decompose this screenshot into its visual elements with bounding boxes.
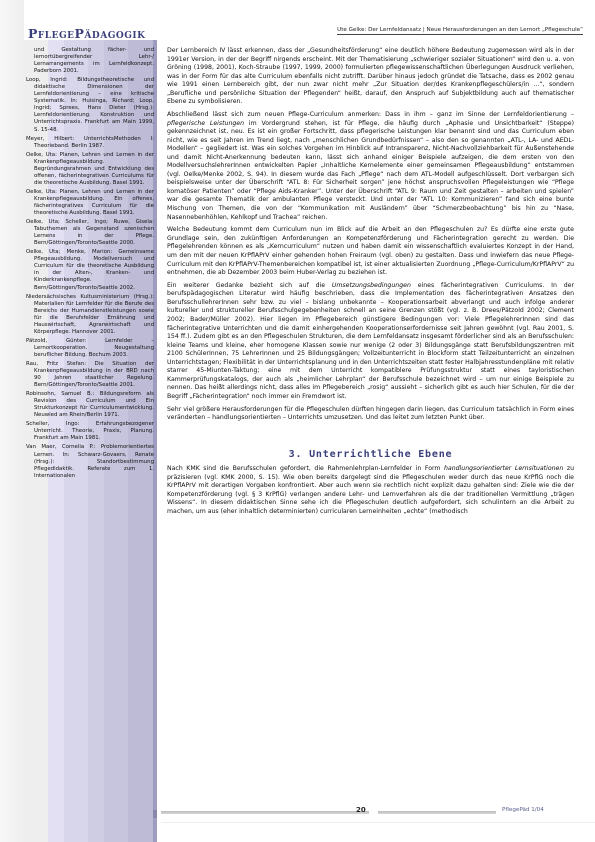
- reference-item: Niedersächsisches Kultusministerium (Hrs…: [26, 294, 154, 336]
- section-heading: 3. Unterrichtliche Ebene: [167, 451, 574, 460]
- page-number: 20: [356, 806, 366, 814]
- journal-issue: PflegePäd 1/04: [502, 807, 544, 813]
- paragraph-text: im Vordergrund stehen, ist für Pflege, d…: [167, 120, 574, 221]
- body-paragraph: Der Lernbereich IV lässt erkennen, dass …: [167, 47, 574, 107]
- reference-item: Van Maer, Cornelia P.: Problemorientiert…: [26, 444, 154, 479]
- references-column: und Gestaltung fächer- und lernortübergr…: [26, 47, 154, 482]
- reference-item: Oelke, Uta: Planen, Lehren und Lernen in…: [26, 189, 154, 217]
- paragraph-text: Nach KMK sind die Berufsschulen geforder…: [167, 465, 444, 472]
- footer-divider: [161, 822, 595, 823]
- footer-rule: [161, 811, 369, 814]
- footer-rule: [378, 811, 496, 814]
- reference-item: Scheller, Ingo: Erfahrungsbezogener Unte…: [26, 421, 154, 442]
- paragraph-text: eines fächerintegrativen Curriculums. In…: [167, 282, 574, 400]
- running-title: Ute Gelke: Der Lernfeldansatz | Neue Her…: [337, 27, 583, 35]
- page-edge: [0, 0, 24, 842]
- emphasis-text: Umsetzungsbedingungen: [332, 282, 411, 289]
- body-paragraph: Nach KMK sind die Berufsschulen geforder…: [167, 465, 574, 516]
- body-paragraph: Abschließend lässt sich zum neuen Pflege…: [167, 111, 574, 222]
- reference-item: Loop, Ingrid: Bildungstheoretische und d…: [26, 77, 154, 133]
- body-paragraph: Sehr viel größere Herausforderungen für …: [167, 406, 574, 423]
- main-text-column: Der Lernbereich IV lässt erkennen, dass …: [167, 47, 574, 521]
- paragraph-text: Abschließend lässt sich zum neuen Pflege…: [167, 111, 574, 118]
- reference-item: Meyer, Hilbert: UnterrichtsMethoden I: T…: [26, 136, 154, 150]
- body-paragraph: Welche Bedeutung kommt dem Curriculum nu…: [167, 226, 574, 277]
- reference-item: Oelke, Uta: Planen, Lehren und Lernen in…: [26, 152, 154, 187]
- paragraph-text: zu präzisieren (vgl. KMK 2000, S. 15). W…: [167, 465, 574, 515]
- body-paragraph: Ein weiterer Gedanke bezieht sich auf di…: [167, 282, 574, 402]
- journal-logo: PflegePädagogik: [28, 26, 145, 41]
- paragraph-text: Ein weiterer Gedanke bezieht sich auf di…: [167, 282, 332, 289]
- reference-item: Rau, Fritz Stefan: Die Situation der Kra…: [26, 361, 154, 389]
- emphasis-text: pflegerische Leistungen: [167, 120, 244, 127]
- reference-item: Robinsohn, Samuel B.: Bildungsreform als…: [26, 391, 154, 419]
- reference-item: und Gestaltung fächer- und lernortübergr…: [26, 47, 154, 75]
- emphasis-text: handlungsorientierter Lernsituationen: [444, 465, 563, 472]
- sidebar-edge-marker: [153, 810, 157, 818]
- reference-item: Oelke, Uta; Scheller, Ingo; Ruwe, Gisela…: [26, 219, 154, 247]
- reference-item: Pätzold, Günter: Lernfelder – Lernortkoo…: [26, 338, 154, 359]
- reference-item: Oelke, Uta; Menke, Marion: Gemeinsame Pf…: [26, 249, 154, 291]
